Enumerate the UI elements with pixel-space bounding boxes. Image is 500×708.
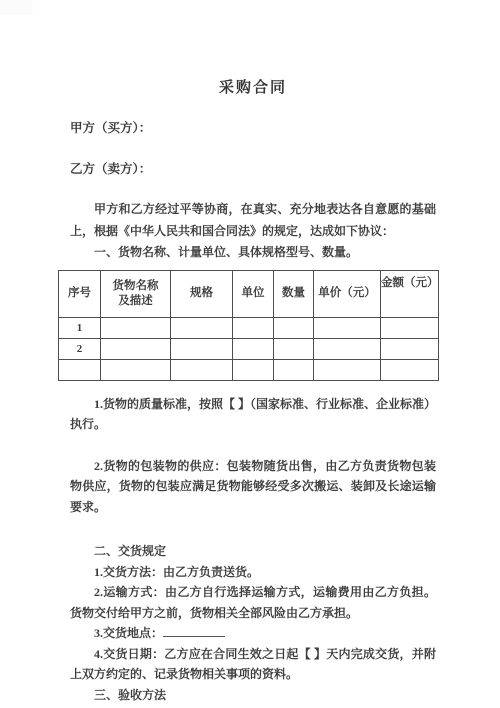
- table-cell: [233, 359, 274, 380]
- goods-table-row-1: 1: [59, 317, 439, 338]
- table-cell: 1: [59, 317, 101, 338]
- goods-table-row-2: 2: [59, 338, 439, 359]
- goods-table-row-3: [59, 359, 439, 380]
- contract-page: 采购合同 甲方（买方）： 乙方（卖方）： 甲方和乙方经过平等协商，在真实、充分地…: [0, 0, 500, 708]
- contract-content: 采购合同 甲方（买方）： 乙方（卖方）： 甲方和乙方经过平等协商，在真实、充分地…: [0, 0, 500, 705]
- table-cell: [314, 338, 381, 359]
- contract-title: 采购合同: [70, 0, 436, 97]
- table-cell: [233, 338, 274, 359]
- table-cell: [274, 338, 314, 359]
- col-unit-price: 单价（元）: [314, 270, 381, 317]
- intro-paragraph: 甲方和乙方经过平等协商，在真实、充分地表达各自意愿的基础上，根据《中华人民共和国…: [70, 199, 436, 242]
- table-cell: 2: [59, 338, 101, 359]
- goods-table: 序号 货物名称 及描述 规格 单位 数量 单价（元） 金额（元） 1: [58, 270, 439, 381]
- table-cell: [274, 317, 314, 338]
- table-cell: [171, 359, 233, 380]
- col-serial-number: 序号: [59, 270, 101, 317]
- col-amount: 金额（元）: [381, 270, 439, 317]
- table-cell: [314, 317, 381, 338]
- col-goods-name-description: 货物名称 及描述: [101, 270, 171, 317]
- table-cell: [101, 317, 171, 338]
- table-cell: [59, 359, 101, 380]
- party-b-line: 乙方（卖方）：: [70, 162, 436, 176]
- table-cell: [171, 317, 233, 338]
- col-unit: 单位: [233, 270, 274, 317]
- col-quantity: 数量: [274, 270, 314, 317]
- clause-delivery-date: 4.交货日期：乙方应在合同生效之日起【 】天内完成交货，并附上双方约定的、记录货…: [70, 644, 436, 685]
- clause-packaging: 2.货物的包装物的供应：包装物随货出售，由乙方负责货物包装物供应，货物的包装应满…: [70, 456, 436, 518]
- table-cell: [101, 359, 171, 380]
- section-one-heading: 一、货物名称、计量单位、具体规格型号、数量。: [70, 242, 436, 264]
- table-cell: [381, 359, 439, 380]
- table-cell: [381, 338, 439, 359]
- clause-transport-mode: 2.运输方式：由乙方自行选择运输方式，运输费用由乙方负担。货物交付给甲方之前，货…: [70, 582, 436, 623]
- section-three-heading: 三、验收方法: [70, 685, 436, 706]
- table-cell: [171, 338, 233, 359]
- clause-delivery-method: 1.交货方法：由乙方负责送货。: [70, 562, 436, 583]
- scan-corner-shade: [0, 0, 33, 15]
- table-cell: [314, 359, 381, 380]
- table-cell: [233, 317, 274, 338]
- clause-delivery-place-label: 3.交货地点：: [94, 626, 163, 640]
- party-a-line: 甲方（买方）：: [70, 121, 436, 135]
- table-cell: [101, 338, 171, 359]
- delivery-place-blank: [163, 624, 225, 637]
- clause-quality-standard: 1.货物的质量标准，按照【 】（国家标准、行业标准、企业标准）执行。: [70, 394, 436, 435]
- table-cell: [274, 359, 314, 380]
- col-specification: 规格: [171, 270, 233, 317]
- goods-table-header-row: 序号 货物名称 及描述 规格 单位 数量 单价（元） 金额（元）: [59, 270, 439, 317]
- table-cell: [381, 317, 439, 338]
- clause-delivery-place: 3.交货地点：: [70, 623, 436, 644]
- section-two-heading: 二、交货规定: [70, 541, 436, 562]
